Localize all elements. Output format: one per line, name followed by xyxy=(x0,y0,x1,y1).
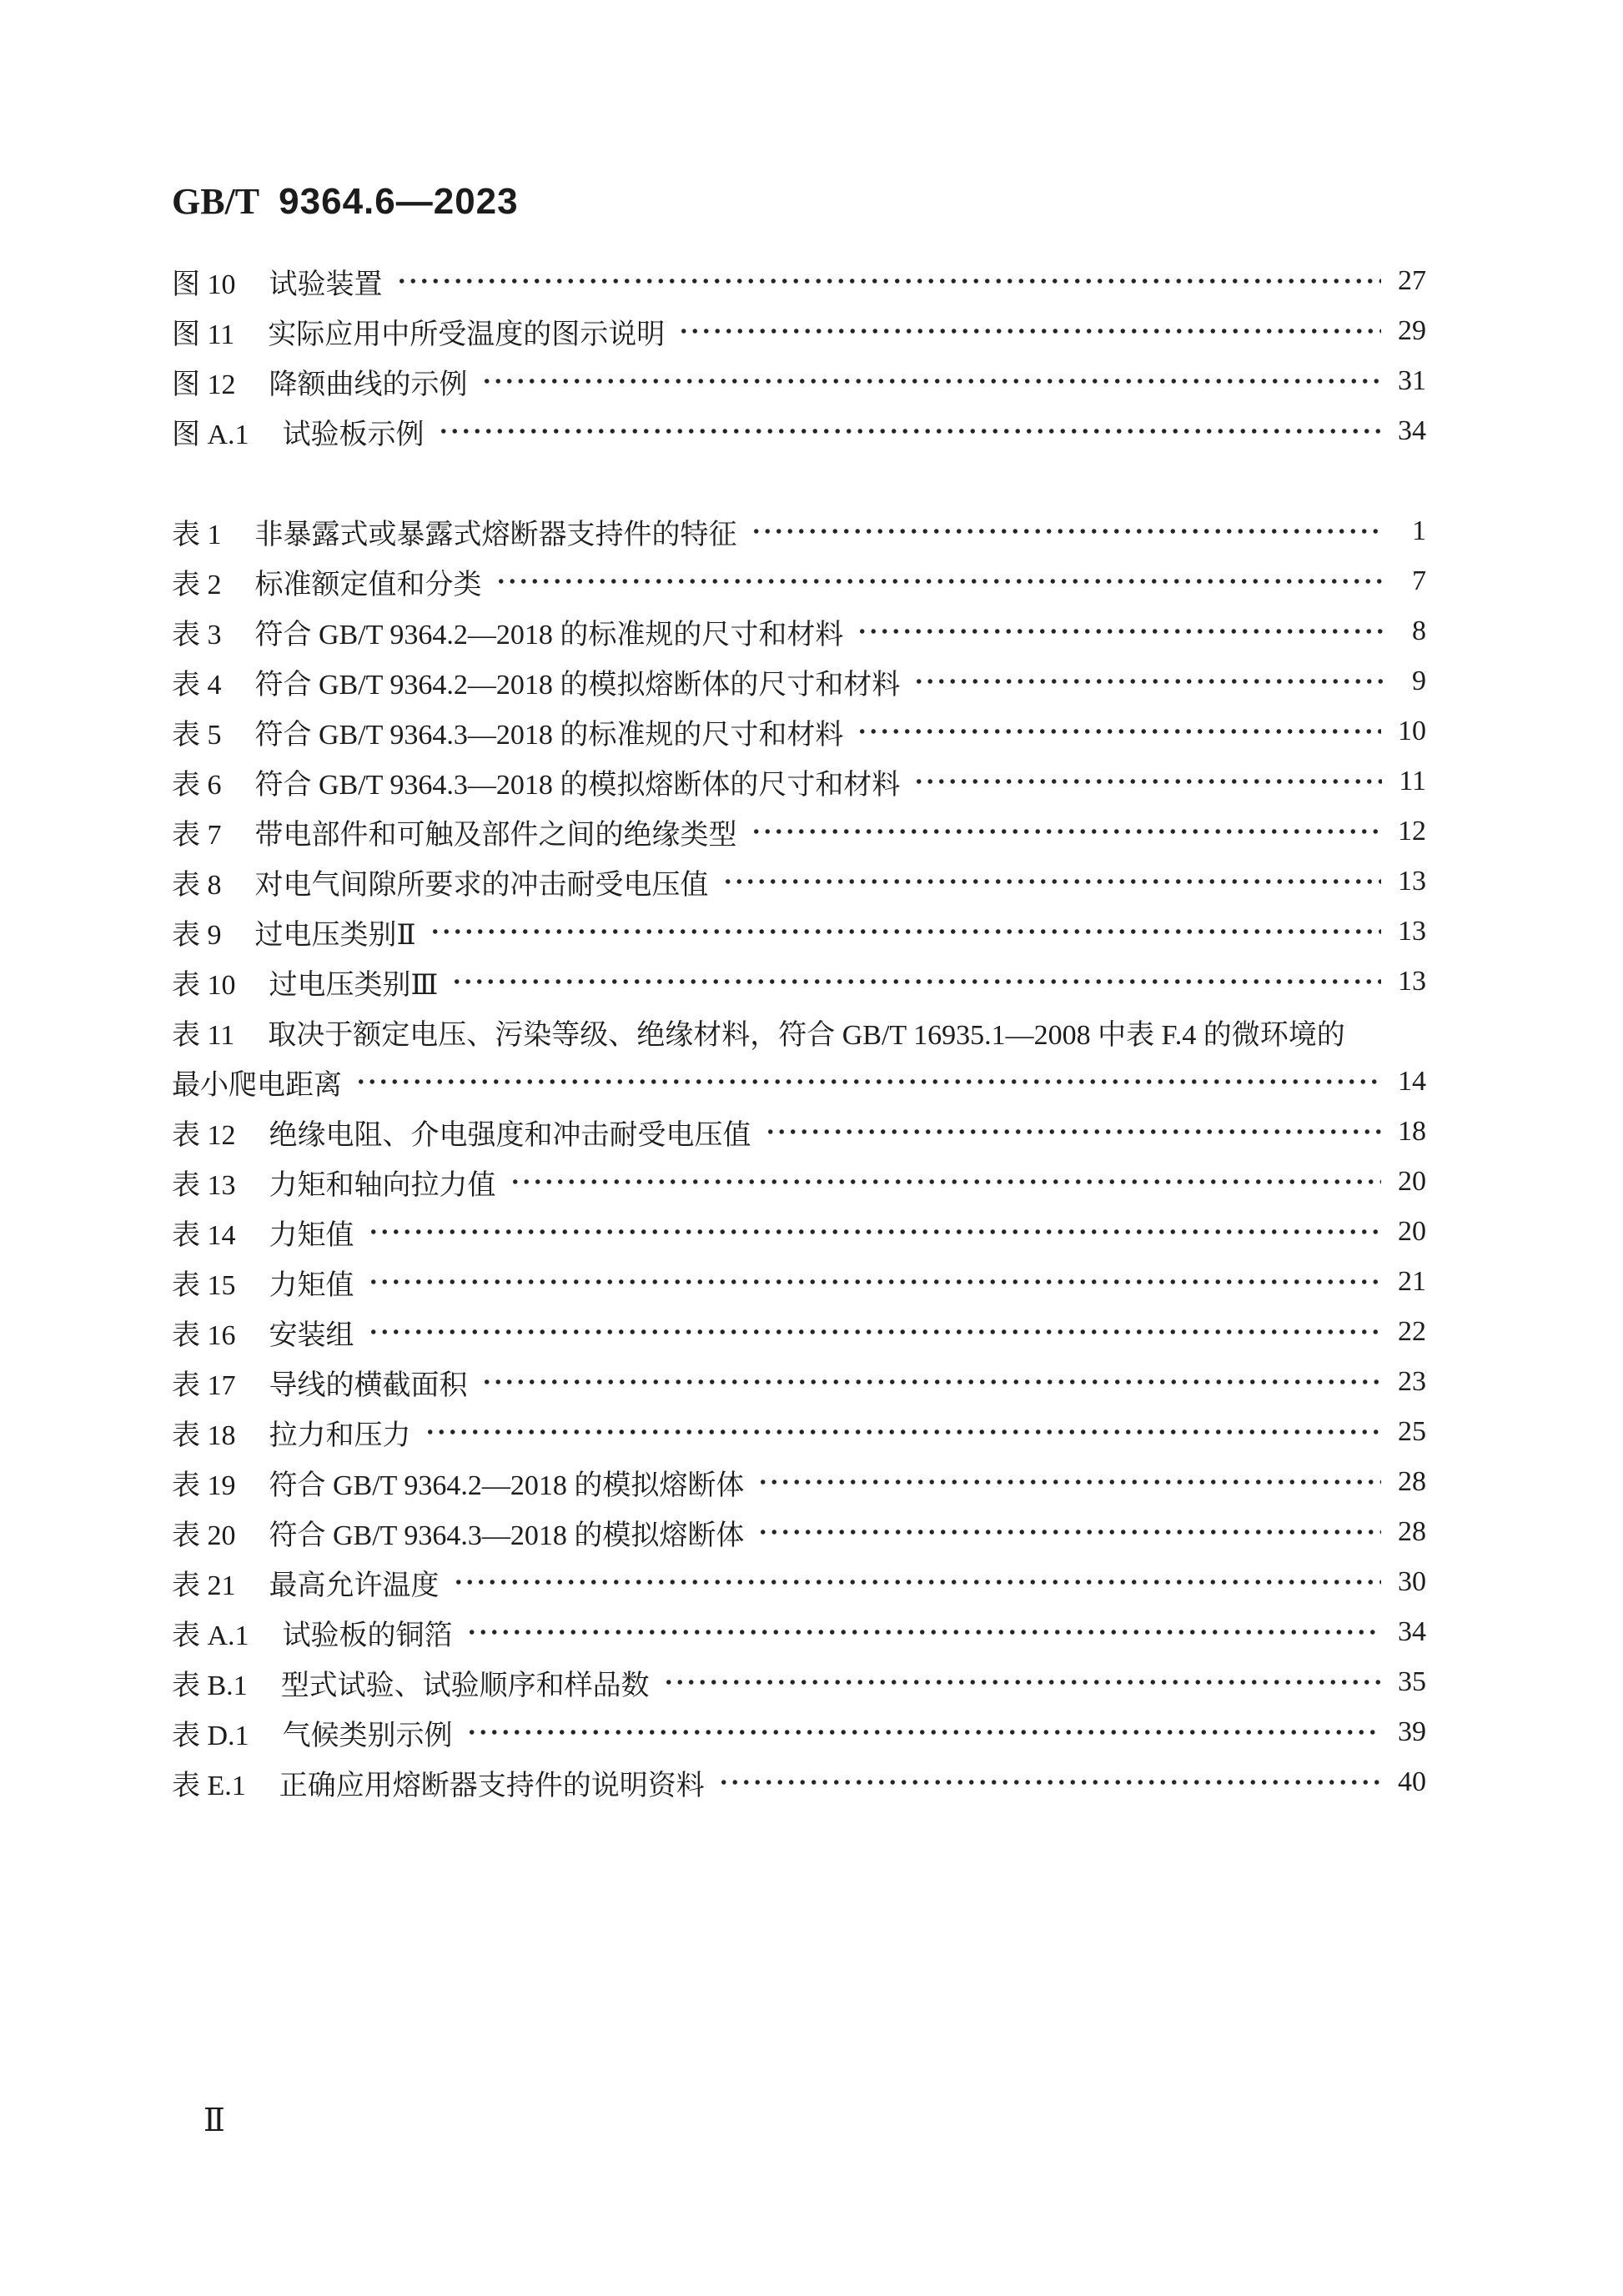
toc-entry-page: 22 xyxy=(1381,1316,1426,1348)
toc-entry-label: 表 6 xyxy=(172,761,222,802)
toc-entry-title: 气候类别示例 xyxy=(283,1712,453,1753)
toc-entry-label: 表 18 xyxy=(172,1412,236,1453)
toc-entry-label: 表 20 xyxy=(172,1512,236,1553)
toc-entry-label: 表 7 xyxy=(172,811,222,852)
toc-entry-page: 13 xyxy=(1381,916,1426,947)
toc-entry-label: 表 D.1 xyxy=(172,1712,249,1753)
dotted-leader xyxy=(757,1468,1381,1496)
toc-entry: 表 9过电压类别Ⅱ13 xyxy=(172,907,1426,957)
toc-entry-title: 型式试验、试验顺序和样品数 xyxy=(281,1662,650,1703)
table-of-contents: 图 10试验装置27图 11实际应用中所受温度的图示说明29图 12降额曲线的示… xyxy=(172,256,1426,1807)
toc-entry: 表 B.1型式试验、试验顺序和样品数35 xyxy=(172,1657,1426,1707)
toc-entry-title: 过电压类别Ⅲ xyxy=(269,962,439,1002)
toc-entry: 图 11实际应用中所受温度的图示说明29 xyxy=(172,306,1426,356)
toc-entry: 图 12降额曲线的示例31 xyxy=(172,356,1426,406)
toc-entry-title: 降额曲线的示例 xyxy=(269,361,468,402)
toc-entry-page: 20 xyxy=(1381,1216,1426,1248)
toc-entry: 表 17导线的横截面积23 xyxy=(172,1357,1426,1407)
toc-entry-page: 7 xyxy=(1384,565,1426,597)
dotted-leader xyxy=(751,817,1382,846)
toc-entry: 表 7带电部件和可触及部件之间的绝缘类型12 xyxy=(172,806,1426,857)
toc-entry: 表 18拉力和压力25 xyxy=(172,1407,1426,1457)
toc-tables-list: 表 1非暴露式或暴露式熔断器支持件的特征1表 2标准额定值和分类7表 3符合 G… xyxy=(172,506,1426,1807)
toc-entry-title: 绝缘电阻、介电强度和冲击耐受电压值 xyxy=(269,1112,751,1153)
toc-entry-label: 表 5 xyxy=(172,711,222,752)
dotted-leader xyxy=(722,867,1382,896)
toc-entry: 表 5符合 GB/T 9364.3—2018 的标准规的尺寸和材料10 xyxy=(172,706,1426,756)
toc-entry-label: 图 A.1 xyxy=(172,411,249,452)
toc-entry: 表 10过电压类别Ⅲ13 xyxy=(172,957,1426,1007)
toc-entry-label: 表 B.1 xyxy=(172,1662,248,1703)
dotted-leader xyxy=(663,1668,1381,1696)
toc-entry: 表 20符合 GB/T 9364.3—2018 的模拟熔断体28 xyxy=(172,1507,1426,1557)
toc-entry-title: 带电部件和可触及部件之间的绝缘类型 xyxy=(255,811,737,852)
toc-entry: 表 14力矩值20 xyxy=(172,1207,1426,1257)
toc-entry-label: 表 13 xyxy=(172,1162,236,1203)
toc-entry: 表 12绝缘电阻、介电强度和冲击耐受电压值18 xyxy=(172,1107,1426,1157)
toc-entry-page: 23 xyxy=(1381,1366,1426,1398)
toc-entry-page: 30 xyxy=(1381,1566,1426,1598)
toc-entry-page: 13 xyxy=(1381,866,1426,897)
toc-entry-label: 图 11 xyxy=(172,311,234,352)
standard-code-prefix: GB/T xyxy=(172,181,259,222)
toc-entry-page: 40 xyxy=(1381,1766,1426,1798)
toc-entry-label: 表 9 xyxy=(172,912,222,952)
page-number-footer: Ⅱ xyxy=(204,2102,225,2139)
toc-entry-label: 表 3 xyxy=(172,611,222,652)
toc-entry-title: 符合 GB/T 9364.2—2018 的标准规的尺寸和材料 xyxy=(255,611,844,652)
toc-entry-title: 符合 GB/T 9364.2—2018 的模拟熔断体 xyxy=(269,1462,745,1503)
toc-entry: 表 19符合 GB/T 9364.2—2018 的模拟熔断体28 xyxy=(172,1457,1426,1507)
toc-entry-page: 31 xyxy=(1381,365,1426,397)
dotted-leader xyxy=(913,667,1384,696)
toc-entry-title: 非暴露式或暴露式熔断器支持件的特征 xyxy=(255,511,737,552)
toc-entry-label: 表 17 xyxy=(172,1362,236,1403)
toc-entry-label: 表 10 xyxy=(172,962,236,1002)
toc-entry-title: 最小爬电距离 xyxy=(172,1062,342,1103)
dotted-leader xyxy=(368,1268,1382,1296)
dotted-leader xyxy=(481,1368,1382,1396)
dotted-leader xyxy=(481,367,1382,395)
toc-entry-page: 21 xyxy=(1381,1266,1426,1298)
toc-entry: 表 A.1试验板的铜箔34 xyxy=(172,1607,1426,1657)
toc-entry-title: 拉力和压力 xyxy=(269,1412,411,1453)
toc-entry-title: 符合 GB/T 9364.2—2018 的模拟熔断体的尺寸和材料 xyxy=(255,661,901,702)
toc-entry-page: 13 xyxy=(1381,966,1426,997)
toc-entry-label: 图 10 xyxy=(172,261,236,302)
toc-entry: 表 8对电气间隙所要求的冲击耐受电压值13 xyxy=(172,857,1426,907)
toc-entry-label: 图 12 xyxy=(172,361,236,402)
toc-entry-label: 表 1 xyxy=(172,511,222,552)
standard-code: GB/T 9364.6—2023 xyxy=(172,180,519,223)
toc-entry-label: 表 19 xyxy=(172,1462,236,1503)
toc-entry-label: 表 14 xyxy=(172,1212,236,1253)
toc-entry: 表 1非暴露式或暴露式熔断器支持件的特征1 xyxy=(172,506,1426,556)
dotted-leader xyxy=(438,417,1381,445)
dotted-leader xyxy=(510,1168,1382,1196)
toc-entry-page: 35 xyxy=(1381,1666,1426,1698)
toc-entry-title: 取决于额定电压、污染等级、绝缘材料，符合 GB/T 16935.1—2008 中… xyxy=(268,1012,1345,1053)
toc-entry-page: 34 xyxy=(1381,1616,1426,1648)
toc-entry: 图 10试验装置27 xyxy=(172,256,1426,306)
toc-entry-page: 28 xyxy=(1381,1466,1426,1498)
toc-entry-page: 1 xyxy=(1384,515,1426,547)
dotted-leader xyxy=(757,1518,1381,1546)
toc-entry: 表 11取决于额定电压、污染等级、绝缘材料，符合 GB/T 16935.1—20… xyxy=(172,1007,1426,1057)
toc-entry-title: 符合 GB/T 9364.3—2018 的标准规的尺寸和材料 xyxy=(255,711,844,752)
dotted-leader xyxy=(368,1218,1382,1246)
toc-entry-page: 25 xyxy=(1381,1416,1426,1448)
toc-entry-title: 符合 GB/T 9364.3—2018 的模拟熔断体 xyxy=(269,1512,745,1553)
toc-entry-title: 最高允许温度 xyxy=(269,1562,440,1603)
dotted-leader xyxy=(430,917,1381,946)
section-gap xyxy=(172,456,1426,506)
dotted-leader xyxy=(453,1568,1382,1596)
toc-entry: 表 13力矩和轴向拉力值20 xyxy=(172,1157,1426,1207)
toc-entry-title: 力矩和轴向拉力值 xyxy=(269,1162,496,1203)
toc-entry: 表 21最高允许温度30 xyxy=(172,1557,1426,1607)
toc-entry-page: 9 xyxy=(1384,666,1426,697)
dotted-leader xyxy=(466,1618,1381,1646)
toc-entry-page: 18 xyxy=(1381,1116,1426,1148)
toc-entry-title: 安装组 xyxy=(269,1312,354,1353)
toc-entry: 表 15力矩值21 xyxy=(172,1257,1426,1307)
toc-entry-title: 实际应用中所受温度的图示说明 xyxy=(268,311,665,352)
toc-entry-label: 表 4 xyxy=(172,661,222,702)
toc-entry-title: 对电气间隙所要求的冲击耐受电压值 xyxy=(255,862,709,902)
toc-entry-label: 表 A.1 xyxy=(172,1612,249,1653)
toc-entry-label: 表 8 xyxy=(172,862,222,902)
toc-entry-title: 正确应用熔断器支持件的说明资料 xyxy=(279,1762,705,1803)
toc-entry-title: 符合 GB/T 9364.3—2018 的模拟熔断体的尺寸和材料 xyxy=(255,761,901,802)
toc-entry-title: 力矩值 xyxy=(269,1212,354,1253)
toc-entry: 表 6符合 GB/T 9364.3—2018 的模拟熔断体的尺寸和材料11 xyxy=(172,756,1426,806)
toc-entry: 表 2标准额定值和分类7 xyxy=(172,556,1426,606)
toc-entry-page: 34 xyxy=(1381,415,1426,447)
toc-entry-page: 11 xyxy=(1382,766,1426,797)
standard-code-number: 9364.6—2023 xyxy=(279,181,518,222)
toc-entry-title: 试验板的铜箔 xyxy=(283,1612,453,1653)
toc-entry-title: 试验板示例 xyxy=(283,411,425,452)
dotted-leader xyxy=(368,1318,1382,1346)
toc-entry-page: 10 xyxy=(1381,716,1426,747)
dotted-leader xyxy=(355,1068,1381,1096)
toc-figures-list: 图 10试验装置27图 11实际应用中所受温度的图示说明29图 12降额曲线的示… xyxy=(172,256,1426,456)
toc-entry-label: 表 12 xyxy=(172,1112,236,1153)
toc-entry-page: 39 xyxy=(1381,1716,1426,1748)
dotted-leader xyxy=(495,567,1385,595)
toc-entry: 最小爬电距离14 xyxy=(172,1057,1426,1107)
toc-entry: 图 A.1试验板示例34 xyxy=(172,406,1426,456)
toc-entry-title: 力矩值 xyxy=(269,1262,354,1303)
toc-entry-title: 导线的横截面积 xyxy=(269,1362,468,1403)
toc-entry-page: 12 xyxy=(1381,816,1426,847)
toc-entry: 表 3符合 GB/T 9364.2—2018 的标准规的尺寸和材料8 xyxy=(172,606,1426,656)
dotted-leader xyxy=(913,767,1382,796)
toc-entry-label: 表 21 xyxy=(172,1562,236,1603)
document-page: GB/T 9364.6—2023 图 10试验装置27图 11实际应用中所受温度… xyxy=(0,0,1623,2296)
toc-entry-page: 8 xyxy=(1384,615,1426,647)
dotted-leader xyxy=(425,1418,1382,1446)
toc-entry: 表 16安装组22 xyxy=(172,1307,1426,1357)
toc-entry-label: 表 15 xyxy=(172,1262,236,1303)
toc-entry-label: 表 2 xyxy=(172,561,222,602)
dotted-leader xyxy=(751,517,1385,545)
dotted-leader xyxy=(765,1118,1382,1146)
dotted-leader xyxy=(857,617,1384,646)
toc-entry: 表 D.1气候类别示例39 xyxy=(172,1707,1426,1757)
toc-entry-title: 过电压类别Ⅱ xyxy=(255,912,416,952)
toc-entry-label: 表 E.1 xyxy=(172,1762,246,1803)
dotted-leader xyxy=(451,967,1381,996)
toc-entry-label: 表 16 xyxy=(172,1312,236,1353)
toc-entry-page: 20 xyxy=(1381,1166,1426,1198)
dotted-leader xyxy=(678,317,1381,345)
toc-entry: 表 E.1正确应用熔断器支持件的说明资料40 xyxy=(172,1757,1426,1807)
toc-entry-page: 29 xyxy=(1381,315,1426,347)
toc-entry-title: 标准额定值和分类 xyxy=(255,561,482,602)
dotted-leader xyxy=(718,1768,1381,1796)
toc-entry-page: 14 xyxy=(1381,1066,1426,1098)
toc-entry-label: 表 11 xyxy=(172,1012,234,1053)
toc-entry-page: 28 xyxy=(1381,1516,1426,1548)
toc-entry-title: 试验装置 xyxy=(269,261,383,302)
dotted-leader xyxy=(857,717,1381,746)
toc-entry-page: 27 xyxy=(1381,265,1426,297)
dotted-leader xyxy=(396,267,1382,295)
dotted-leader xyxy=(466,1718,1381,1746)
toc-entry: 表 4符合 GB/T 9364.2—2018 的模拟熔断体的尺寸和材料9 xyxy=(172,656,1426,706)
